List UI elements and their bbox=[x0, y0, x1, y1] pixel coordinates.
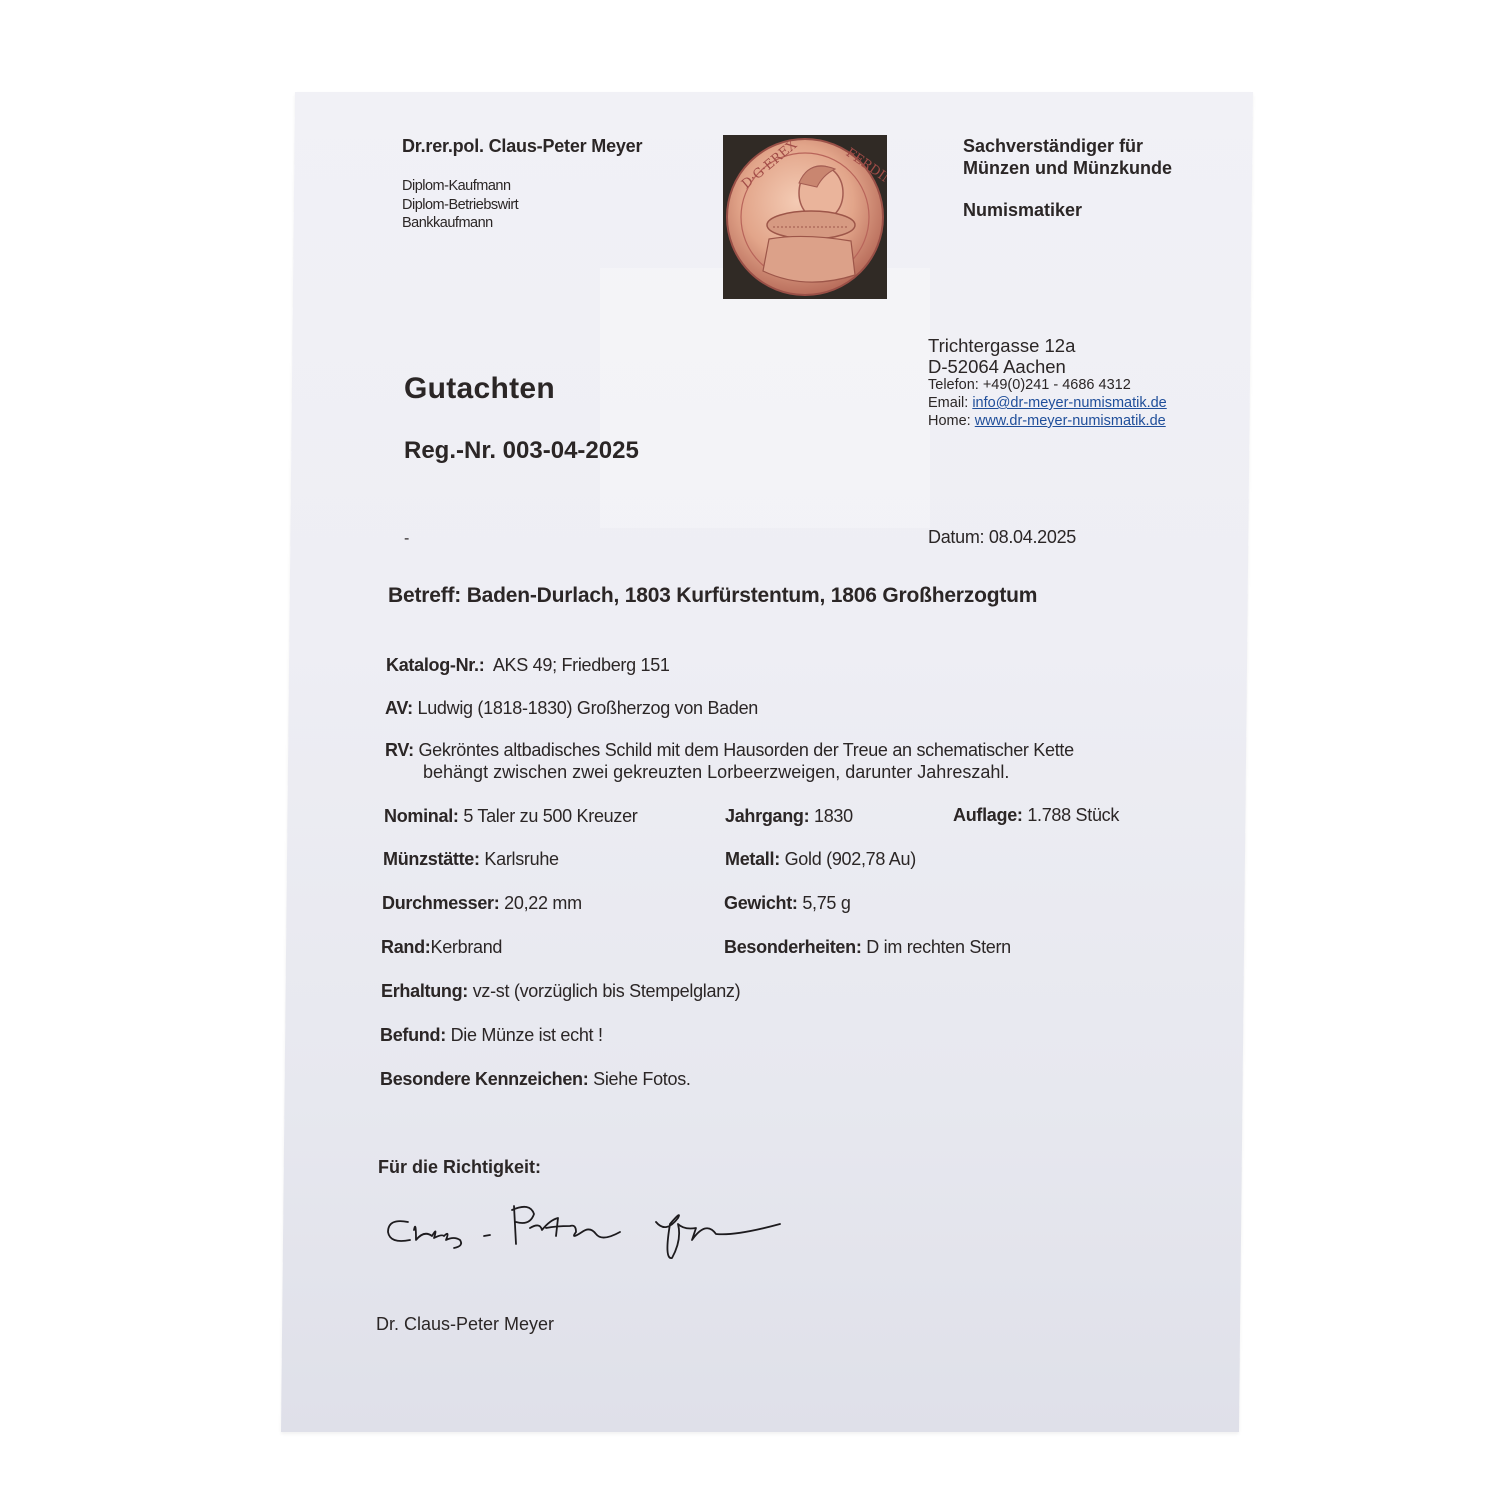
field-label: Befund: bbox=[380, 1025, 446, 1045]
field-kennzeichen: Besondere Kennzeichen: Siehe Fotos. bbox=[380, 1069, 691, 1090]
field-value: D im rechten Stern bbox=[866, 937, 1011, 957]
expert-title-line: Sachverständiger für bbox=[963, 135, 1172, 157]
field-durchmesser: Durchmesser: 20,22 mm bbox=[382, 893, 582, 914]
field-label: Jahrgang: bbox=[725, 806, 809, 826]
qualification: Diplom-Betriebswirt bbox=[402, 196, 518, 215]
profession: Numismatiker bbox=[963, 200, 1082, 221]
qualification: Diplom-Kaufmann bbox=[402, 177, 518, 196]
coin-portrait-icon: D·G·EREX FERDINAND bbox=[723, 135, 887, 299]
website-label: Home: bbox=[928, 413, 971, 429]
field-besonderheiten: Besonderheiten: D im rechten Stern bbox=[724, 937, 1011, 958]
city: D-52064 Aachen bbox=[928, 356, 1075, 377]
qualification: Bankkaufmann bbox=[402, 214, 518, 233]
dash-mark: - bbox=[404, 530, 409, 548]
field-value: Gekröntes altbadisches Schild mit dem Ha… bbox=[418, 740, 1073, 760]
field-value: Gold (902,78 Au) bbox=[785, 849, 916, 869]
document-date: Datum: 08.04.2025 bbox=[928, 527, 1076, 548]
contact-block: Telefon: +49(0)241 - 4686 4312 Email: in… bbox=[928, 376, 1167, 430]
registration-number: Reg.-Nr. 003-04-2025 bbox=[404, 437, 639, 465]
paper-shadow bbox=[600, 268, 930, 528]
field-label: AV: bbox=[385, 698, 413, 718]
attestation-label: Für die Richtigkeit: bbox=[378, 1157, 541, 1178]
phone-label: Telefon: bbox=[928, 377, 979, 393]
qualifications: Diplom-Kaufmann Diplom-Betriebswirt Bank… bbox=[402, 177, 518, 233]
field-label: Katalog-Nr.: bbox=[386, 655, 484, 675]
field-label: Besonderheiten: bbox=[724, 937, 862, 957]
field-value: 1830 bbox=[814, 806, 853, 826]
field-label: Münzstätte: bbox=[383, 849, 480, 869]
field-value: 5 Taler zu 500 Kreuzer bbox=[463, 806, 637, 826]
field-befund: Befund: Die Münze ist echt ! bbox=[380, 1025, 603, 1046]
field-jahrgang: Jahrgang: 1830 bbox=[725, 806, 853, 827]
field-av: AV: Ludwig (1818-1830) Großherzog von Ba… bbox=[385, 698, 758, 719]
expert-name: Dr.rer.pol. Claus-Peter Meyer bbox=[402, 136, 642, 157]
field-value: Kerbrand bbox=[431, 937, 503, 957]
website-link[interactable]: www.dr-meyer-numismatik.de bbox=[975, 413, 1166, 429]
email-link[interactable]: info@dr-meyer-numismatik.de bbox=[972, 395, 1166, 411]
field-value: Karlsruhe bbox=[484, 849, 558, 869]
subject-line: Betreff: Baden-Durlach, 1803 Kurfürstent… bbox=[388, 584, 1037, 608]
field-metall: Metall: Gold (902,78 Au) bbox=[725, 849, 916, 870]
field-rv: RV: Gekröntes altbadisches Schild mit de… bbox=[385, 740, 1074, 761]
field-value: Ludwig (1818-1830) Großherzog von Baden bbox=[417, 698, 758, 718]
field-value: 20,22 mm bbox=[504, 893, 582, 913]
field-auflage: Auflage: 1.788 Stück bbox=[953, 805, 1119, 826]
address-block: Trichtergasse 12a D-52064 Aachen bbox=[928, 335, 1075, 377]
field-label: Besondere Kennzeichen: bbox=[380, 1069, 588, 1089]
field-muenzstaette: Münzstätte: Karlsruhe bbox=[383, 849, 559, 870]
street: Trichtergasse 12a bbox=[928, 335, 1075, 356]
field-label: Rand: bbox=[381, 937, 431, 957]
field-value: Die Münze ist echt ! bbox=[451, 1025, 603, 1045]
field-gewicht: Gewicht: 5,75 g bbox=[724, 893, 851, 914]
field-label: Metall: bbox=[725, 849, 780, 869]
field-erhaltung: Erhaltung: vz-st (vorzüglich bis Stempel… bbox=[381, 981, 740, 1002]
phone-number: +49(0)241 - 4686 4312 bbox=[983, 377, 1131, 393]
expert-title: Sachverständiger für Münzen und Münzkund… bbox=[963, 135, 1172, 179]
field-nominal: Nominal: 5 Taler zu 500 Kreuzer bbox=[384, 806, 638, 827]
document-title: Gutachten bbox=[404, 372, 555, 406]
field-label: Nominal: bbox=[384, 806, 459, 826]
expert-title-line: Münzen und Münzkunde bbox=[963, 157, 1172, 179]
signature-icon bbox=[380, 1200, 800, 1270]
field-label: Durchmesser: bbox=[382, 893, 499, 913]
coin-image: D·G·EREX FERDINAND bbox=[723, 135, 887, 299]
field-label: Erhaltung: bbox=[381, 981, 468, 1001]
field-katalog: Katalog-Nr.: AKS 49; Friedberg 151 bbox=[386, 655, 670, 676]
field-label: RV: bbox=[385, 740, 414, 760]
signer-name: Dr. Claus-Peter Meyer bbox=[376, 1314, 554, 1335]
field-label: Gewicht: bbox=[724, 893, 798, 913]
field-value: vz-st (vorzüglich bis Stempelglanz) bbox=[473, 981, 741, 1001]
field-label: Auflage: bbox=[953, 805, 1023, 825]
email-label: Email: bbox=[928, 395, 968, 411]
field-rv-continued: behängt zwischen zwei gekreuzten Lorbeer… bbox=[423, 762, 1009, 783]
field-rand: Rand:Kerbrand bbox=[381, 937, 502, 958]
field-value: 5,75 g bbox=[802, 893, 850, 913]
field-value: Siehe Fotos. bbox=[593, 1069, 690, 1089]
field-value: AKS 49; Friedberg 151 bbox=[493, 655, 670, 675]
field-value: 1.788 Stück bbox=[1027, 805, 1119, 825]
